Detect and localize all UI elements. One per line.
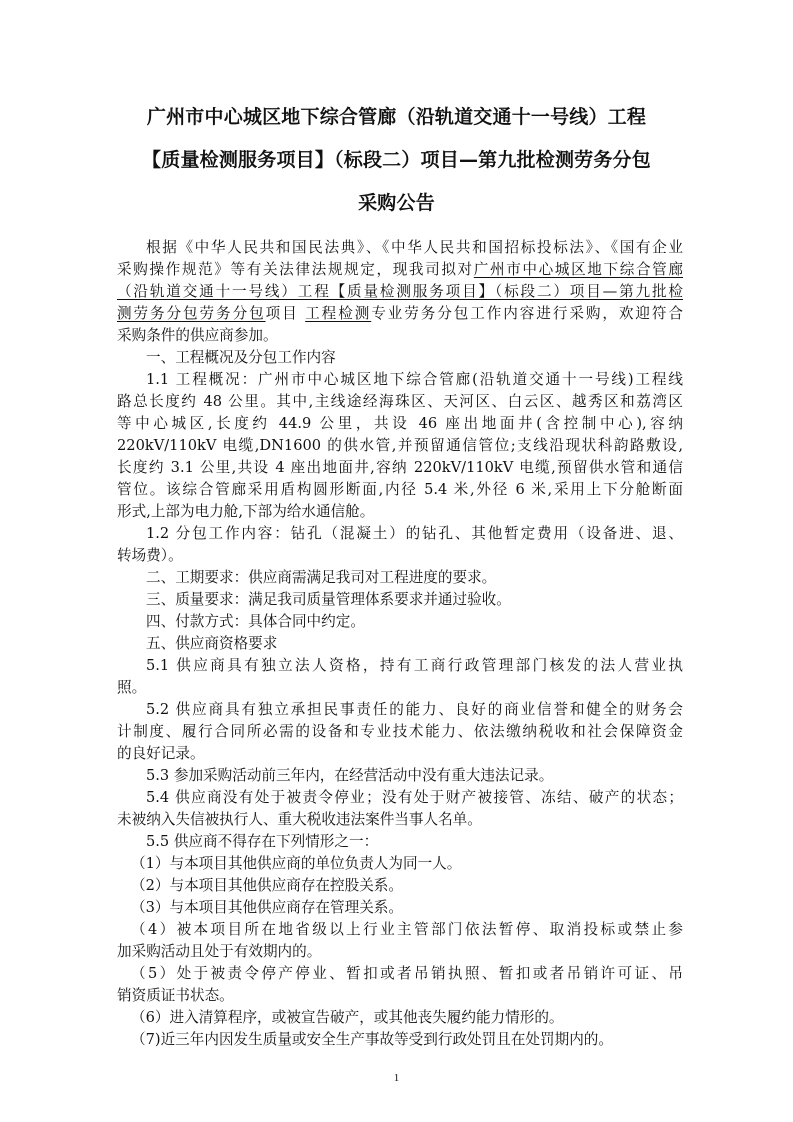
intro-line: 根据《中华人民共和国民法典》、《中华人民共和国招标投标法》、《国有企业: [146, 237, 683, 259]
list-item: （5）处于被责令停产停业、暂扣或者吊销执照、暂扣或者吊销许可证、吊: [131, 963, 683, 985]
paragraph-line: 5.5 供应商不得存在下列情形之一：: [146, 831, 683, 853]
page-number: 1: [0, 1072, 793, 1084]
paragraph-line: 5.4 供应商没有处于被责令停业；没有处于财产被接管、冻结、破产的状态；: [146, 787, 683, 809]
section-heading: 二、工期要求：供应商需满足我司对工程进度的要求。: [146, 567, 683, 589]
list-item: （7)近三年内因发生质量或安全生产事故等受到行政处罚且在处罚期内的。: [131, 1029, 687, 1051]
intro-line: 采购操作规范》等有关法律法规规定，现我司拟对广州市中心城区地下综合管廊: [117, 259, 683, 281]
document-page: 广州市中心城区地下综合管廊（沿轨道交通十一号线）工程 【质量检测服务项目】（标段…: [0, 0, 793, 1122]
paragraph-line: 形式,上部为电力舱,下部为给水通信舱。: [117, 501, 683, 523]
document-title-line-2: 【质量检测服务项目】（标段二）项目—第九批检测劳务分包: [0, 146, 793, 174]
document-title-line-1: 广州市中心城区地下综合管廊（沿轨道交通十一号线）工程: [0, 103, 793, 131]
list-item: （1）与本项目其他供应商的单位负责人为同一人。: [131, 853, 668, 875]
list-item: 销资质证书状态。: [117, 985, 683, 1007]
paragraph-line: 长度约 3.1 公里,共设 4 座出地面井,容纳 220kV/110kV 电缆,…: [117, 457, 683, 479]
document-title-line-3: 采购公告: [0, 189, 793, 217]
intro-text: 专业劳务分包工作内容进行采购，欢迎符合: [371, 305, 683, 322]
work-type-underlined: 工程检测: [305, 305, 371, 322]
list-item: （6）进入清算程序，或被宣告破产，或其他丧失履约能力情形的。: [131, 1007, 668, 1029]
paragraph-line: 计制度、履行合同所必需的设备和专业技术能力、依法缴纳税收和社会保障资金: [117, 721, 683, 743]
intro-line: 测劳务分包劳务分包项目 工程检测专业劳务分包工作内容进行采购，欢迎符合: [117, 303, 683, 325]
section-heading: 四、付款方式：具体合同中约定。: [146, 611, 683, 633]
section-heading: 一、工程概况及分包工作内容: [146, 347, 683, 369]
intro-text: 项目: [266, 305, 306, 322]
paragraph-line: 照。: [117, 677, 683, 699]
paragraph-line: 等中心城区,长度约 44.9 公里，共设 46 座出地面井(含控制中心),容纳: [117, 413, 683, 435]
intro-line: 采购条件的供应商参加。: [117, 325, 683, 347]
project-name-underlined: （沿轨道交通十一号线）工程【质量检测服务项目】（标段二）项目—第九批检: [117, 281, 683, 303]
paragraph-line: 5.2 供应商具有独立承担民事责任的能力、良好的商业信誉和健全的财务会: [146, 699, 683, 721]
paragraph-line: 5.3 参加采购活动前三年内，在经营活动中没有重大违法记录。: [146, 765, 683, 787]
list-item: （4）被本项目所在地省级以上行业主管部门依法暂停、取消投标或禁止参: [131, 919, 683, 941]
paragraph-line: 1.1 工程概况：广州市中心城区地下综合管廊(沿轨道交通十一号线)工程线: [146, 369, 683, 391]
paragraph-line: 转场费）。: [117, 545, 683, 567]
list-item: 加采购活动且处于有效期内的。: [117, 941, 683, 963]
paragraph-line: 220kV/110kV 电缆,DN1600 的供水管,并预留通信管位;支线沿现状…: [117, 435, 683, 457]
intro-text: 采购操作规范》等有关法律法规规定，现我司拟对: [117, 261, 474, 278]
paragraph-line: 1.2 分包工作内容：钻孔（混凝土）的钻孔、其他暂定费用（设备进、退、: [146, 523, 683, 545]
paragraph-line: 管位。该综合管廊采用盾构圆形断面,内径 5.4 米,外径 6 米,采用上下分舱断…: [117, 479, 683, 501]
paragraph-line: 未被纳入失信被执行人、重大税收违法案件当事人名单。: [117, 809, 683, 831]
paragraph-line: 5.1 供应商具有独立法人资格，持有工商行政管理部门核发的法人营业执: [146, 655, 683, 677]
list-item: （2）与本项目其他供应商存在控股关系。: [131, 875, 668, 897]
paragraph-line: 的良好记录。: [117, 743, 683, 765]
project-name-underlined: 测劳务分包劳务分包: [117, 305, 266, 322]
paragraph-line: 路总长度约 48 公里。其中,主线途经海珠区、天河区、白云区、越秀区和荔湾区: [117, 391, 683, 413]
section-heading: 三、质量要求：满足我司质量管理体系要求并通过验收。: [146, 589, 683, 611]
project-name-underlined: 广州市中心城区地下综合管廊: [474, 261, 683, 278]
list-item: （3）与本项目其他供应商存在管理关系。: [131, 897, 668, 919]
section-heading: 五、供应商资格要求: [146, 633, 683, 655]
